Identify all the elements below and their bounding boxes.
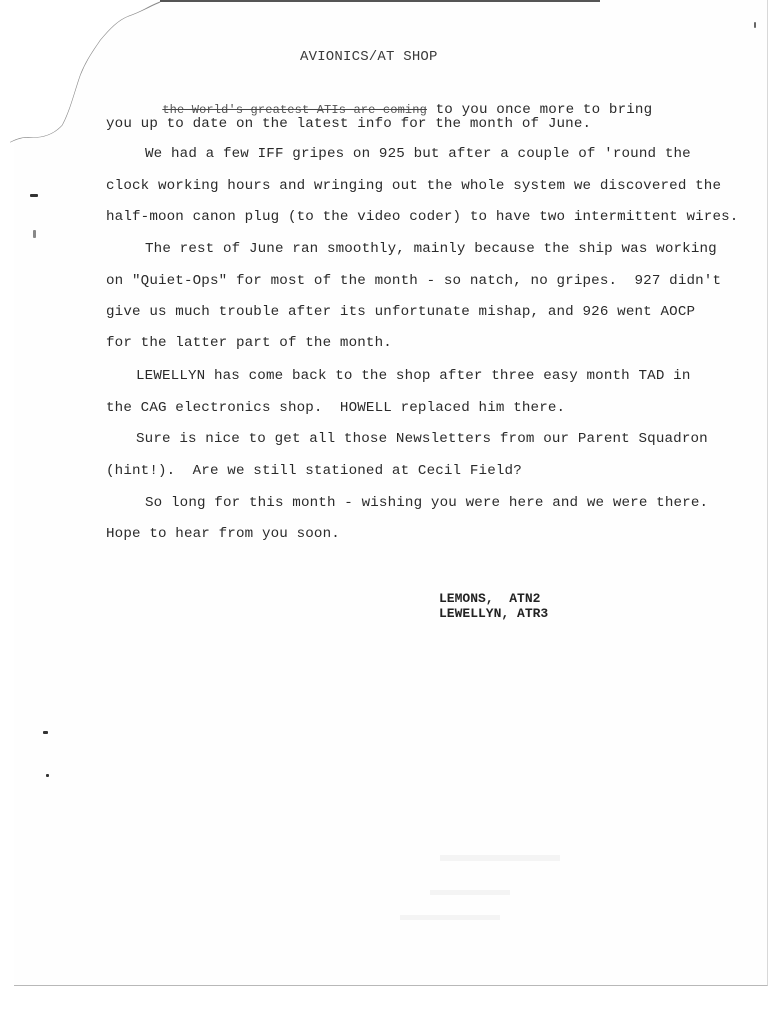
body-line: you up to date on the latest info for th… [106, 115, 591, 133]
scan-speck [43, 731, 48, 734]
signature-line: LEWELLYN, ATR3 [439, 606, 548, 621]
scan-speck [30, 194, 38, 197]
body-line: on "Quiet-Ops" for most of the month - s… [106, 272, 721, 290]
page-top-edge [160, 0, 600, 2]
body-line: We had a few IFF gripes on 925 but after… [145, 145, 691, 163]
body-line: for the latter part of the month. [106, 334, 392, 352]
document-title: AVIONICS/AT SHOP [300, 49, 438, 65]
scan-speck [33, 230, 36, 238]
body-line: Hope to hear from you soon. [106, 525, 340, 543]
scan-speck [754, 22, 756, 28]
body-line: clock working hours and wringing out the… [106, 177, 721, 195]
body-line: half-moon canon plug (to the video coder… [106, 208, 738, 226]
bleed-through-mark [400, 915, 500, 920]
scan-speck [46, 774, 49, 777]
body-line: give us much trouble after its unfortuna… [106, 303, 695, 321]
bleed-through-mark [430, 890, 510, 895]
signature-line: LEMONS, ATN2 [439, 591, 540, 606]
body-line: the CAG electronics shop. HOWELL replace… [106, 399, 565, 417]
body-line: Sure is nice to get all those Newsletter… [136, 430, 708, 448]
body-line: the World's greatest ATIs are coming to … [145, 83, 652, 119]
body-line: The rest of June ran smoothly, mainly be… [145, 240, 717, 258]
body-line: So long for this month - wishing you wer… [145, 494, 708, 512]
bleed-through-mark [440, 855, 560, 861]
body-line: LEWELLYN has come back to the shop after… [136, 367, 691, 385]
body-line: (hint!). Are we still stationed at Cecil… [106, 462, 522, 480]
